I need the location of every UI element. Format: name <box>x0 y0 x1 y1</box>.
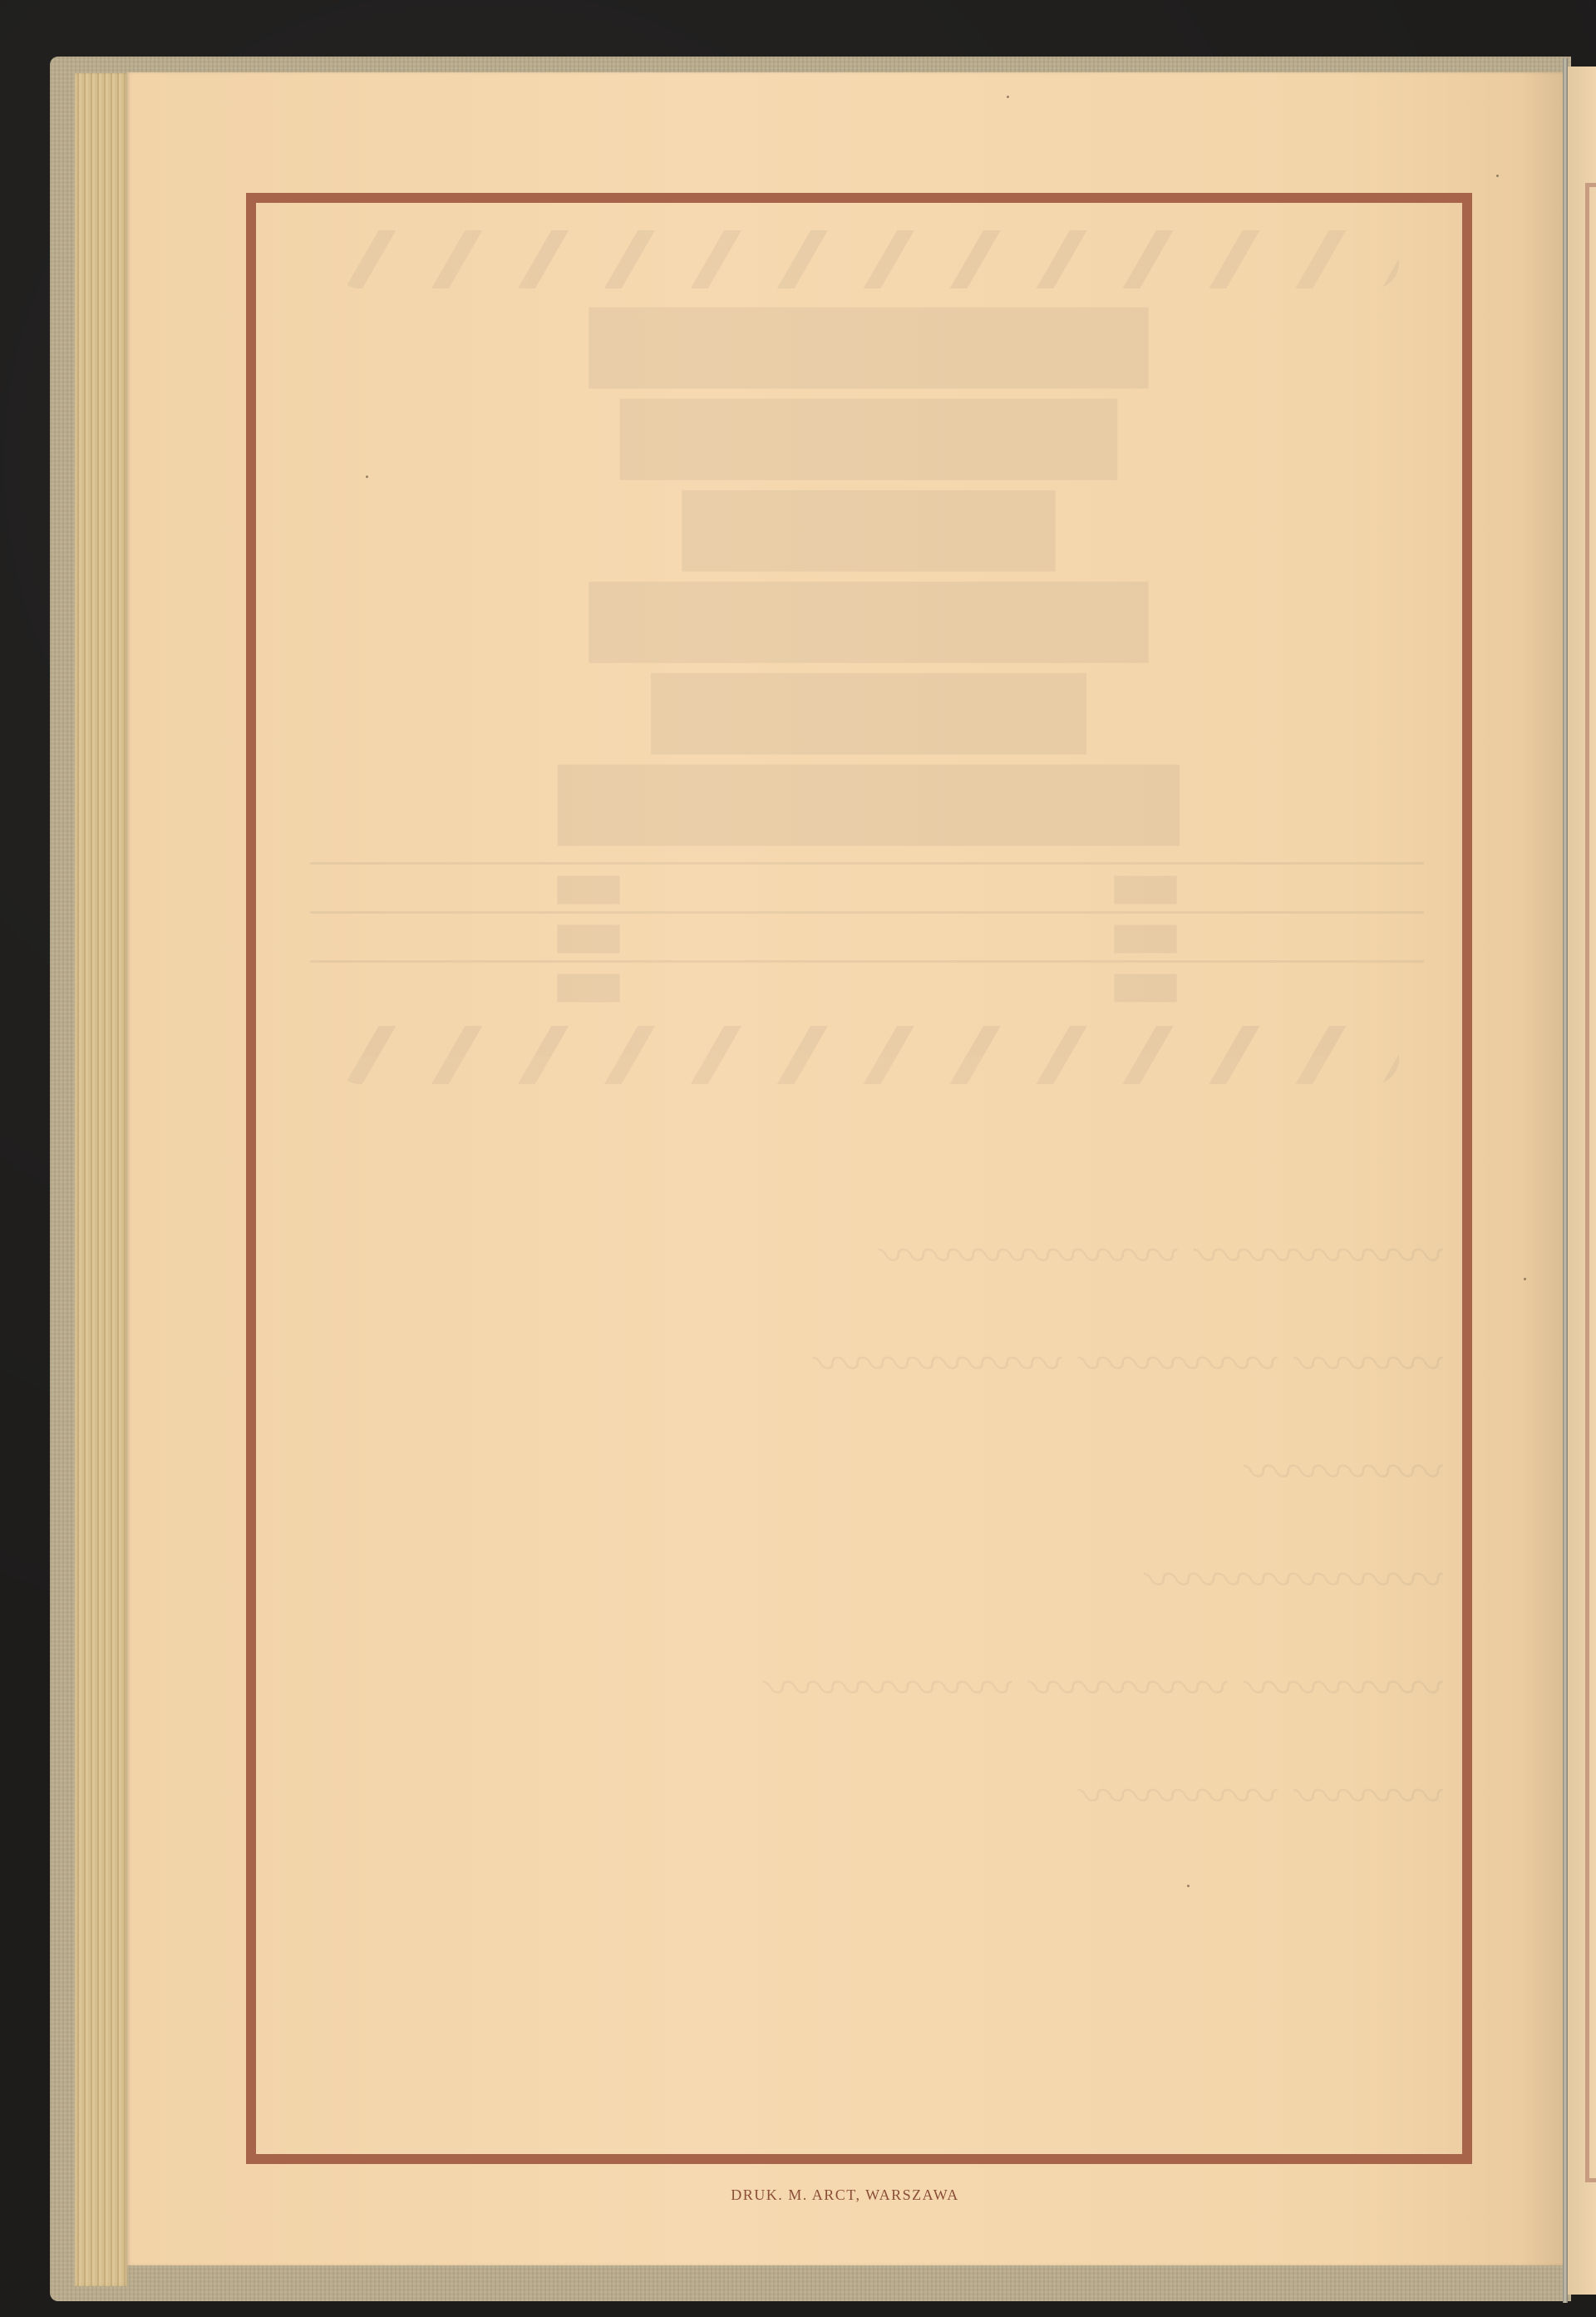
facing-page-frame <box>1585 183 1596 2182</box>
speck <box>1007 96 1009 98</box>
gutter-shadow <box>1521 72 1563 2265</box>
book-page: ▇▇▇▇▇▇▇▇▇ ▇▇▇▇▇▇▇▇ ▇▇▇▇▇▇ ▇▇▇▇▇▇▇▇▇ ▇▇▇▇… <box>127 72 1563 2265</box>
printer-imprint: DRUK. M. ARCT, WARSZAWA <box>127 2186 1563 2204</box>
page-edges <box>75 73 128 2286</box>
speck <box>1496 175 1499 177</box>
decorative-border-frame <box>246 193 1472 2164</box>
speck <box>1187 1885 1190 1887</box>
speck <box>366 476 368 478</box>
facing-page-sliver <box>1568 67 1596 2295</box>
